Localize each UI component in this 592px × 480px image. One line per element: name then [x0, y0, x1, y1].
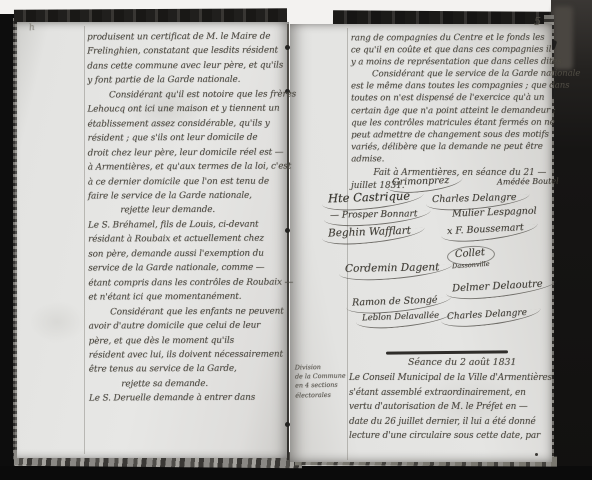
manuscript-line: étant compris dans les contrôles de Roub…	[88, 275, 288, 291]
signature: Beghin Wafflart	[328, 225, 411, 240]
manuscript-line: que les contrôles matricules étant fermé…	[351, 116, 556, 129]
manuscript-line: certain âge que n'a point atteint le dem…	[351, 104, 556, 117]
stitch-knot	[285, 422, 290, 427]
signature: Charles Delangre	[432, 192, 517, 205]
right-page-text: rang de compagnies du Centre et le fonds…	[351, 32, 556, 166]
manuscript-line: être tenus au service de la Garde,	[89, 362, 289, 378]
manuscript-line: peut admettre de changement sous des mot…	[351, 128, 556, 141]
manuscript-line: ce qu'il en coûte et que dans ces compag…	[351, 44, 556, 57]
manuscript-line: Le S. Deruelle demande à entrer dans	[89, 391, 289, 407]
manuscript-line: résident ; que s'ils ont leur domicile d…	[88, 131, 288, 147]
ink-speck	[535, 453, 538, 456]
session-body-text: Le Conseil Municipal de la Ville d'Armen…	[349, 371, 575, 444]
session-title: Séance du 2 août 1831	[408, 357, 516, 368]
manuscript-line: faire le service de la Garde nationale,	[88, 188, 288, 204]
manuscript-line: Le S. Bréhamel, fils de Louis, ci-devant	[88, 217, 288, 233]
manuscript-line: Frelinghien, constatant que lesdits rési…	[87, 44, 287, 60]
page-number: 5	[534, 15, 541, 28]
margin-note: Divisionde la Communeen 4 sectionsélecto…	[295, 363, 348, 401]
manuscript-line: Considérant que les enfants ne peuvent	[88, 304, 288, 320]
left-page-text: produisent un certificat de M. le Maire …	[87, 29, 289, 406]
manuscript-line: y a moins de représentation que dans cel…	[351, 56, 556, 69]
signature: Amédée Boutel	[497, 176, 559, 186]
manuscript-line: Considérant que le service de la Garde n…	[351, 68, 556, 81]
signature: — Prosper Bonnart	[330, 209, 418, 221]
signature: Leblon Delavallée	[362, 311, 439, 324]
manuscript-line: lecture d'une circulaire sous cette date…	[349, 429, 575, 444]
manuscript-line: Le Conseil Municipal de la Ville d'Armen…	[349, 371, 575, 386]
manuscript-line: droit chez leur père, leur domicile réel…	[88, 145, 288, 161]
manuscript-line: variés, délibère que la demande ne peut …	[351, 140, 556, 153]
manuscript-line: est le même dans toutes les compagnies ;…	[351, 80, 556, 93]
manuscript-line: à ce dernier domicile que l'on est tenu …	[88, 174, 288, 190]
manuscript-line: date du 26 juillet dernier, il lui a été…	[349, 415, 575, 430]
manuscript-line: rang de compagnies du Centre et le fonds…	[351, 32, 556, 45]
manuscript-line: dans cette commune avec leur père, et qu…	[87, 58, 287, 74]
manuscript-line: admise.	[351, 153, 556, 166]
signature: Ramon de Stongé	[352, 295, 438, 309]
manuscript-line: Lehoucq ont ici une maison et y tiennent…	[87, 102, 287, 118]
manuscript-line: service de la Garde nationale, comme —	[88, 261, 288, 277]
signature: Grimonprez	[392, 175, 450, 188]
signature: Cordemin Dagent	[345, 261, 440, 275]
manuscript-line: produisent un certificat de M. le Maire …	[87, 29, 287, 45]
signature: Hte Castrique	[328, 189, 410, 206]
manuscript-line: rejette leur demande.	[88, 203, 288, 219]
pencil-corner-mark: h	[28, 23, 35, 34]
manuscript-line: résidant à Roubaix et actuellement chez	[88, 232, 288, 248]
manuscript-line: son père, demande aussi l'exemption du	[88, 246, 288, 262]
manuscript-line: à Armentières, et qu'aux termes de la lo…	[88, 160, 288, 176]
manuscript-line: Considérant qu'il est notoire que les fr…	[87, 87, 287, 103]
manuscript-line: et n'étant ici que momentanément.	[88, 290, 288, 306]
manuscript-line: s'étant assemblé extraordinairement, en	[349, 386, 575, 401]
manuscript-line: avoir d'autre domicile que celui de leur	[89, 319, 289, 335]
manuscript-line: résident avec lui, ils doivent nécessair…	[89, 347, 289, 363]
left-page-margin-rule	[84, 26, 85, 454]
manuscript-line: rejette sa demande.	[89, 376, 289, 392]
margin-note-line: électorales	[295, 390, 347, 400]
manuscript-line: vertu d'autorisation de M. le Préfet en …	[349, 400, 575, 415]
scanned-register-spread: h 5 produisent un certificat de M. le Ma…	[0, 0, 592, 480]
manuscript-line: toutes on n'est dispensé de l'exercice q…	[351, 92, 556, 105]
manuscript-line: établissement assez considérable, qu'ils…	[87, 116, 287, 132]
manuscript-line: père, et que dès le moment qu'ils	[89, 333, 289, 349]
manuscript-line: y font partie de la Garde nationale.	[87, 73, 287, 89]
